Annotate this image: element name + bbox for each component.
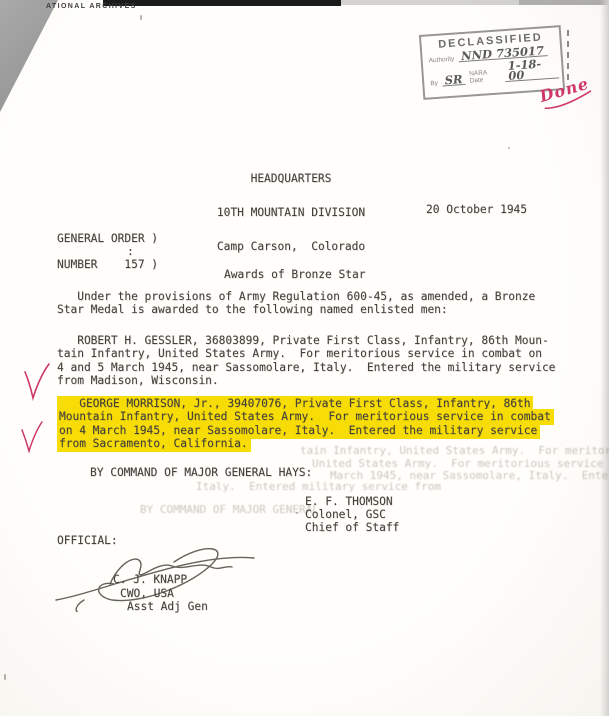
red-checkmark-morrison xyxy=(19,420,45,456)
scan-speckle xyxy=(140,15,142,20)
scan-speckle xyxy=(296,512,298,514)
order-subject: Awards of Bronze Star xyxy=(224,268,365,281)
scanned-document-page: ATIONAL ARCHIVES DECLASSIFIED Authority … xyxy=(0,0,609,716)
letterhead-line1: HEADQUARTERS xyxy=(215,173,367,184)
ghost-text-line: BY COMMAND OF MAJOR GENERAL xyxy=(140,503,319,516)
stamp-nara-label: NARA Date xyxy=(469,68,502,84)
letterhead: HEADQUARTERS 10TH MOUNTAIN DIVISION Camp… xyxy=(215,150,367,275)
red-checkmark-gessler xyxy=(22,362,52,404)
page-right-edge-shadow xyxy=(600,0,609,716)
signer-title: Chief of Staff xyxy=(305,521,399,534)
scan-speckle xyxy=(4,674,6,680)
ghost-text-line: Italy. Entered military service from xyxy=(196,480,441,493)
general-order-colon: : xyxy=(127,245,134,258)
letterhead-line3: Camp Carson, Colorado xyxy=(215,241,367,252)
handwritten-signature xyxy=(52,540,262,612)
stamp-by-value: SR xyxy=(441,74,466,87)
by-command-line: BY COMMAND OF MAJOR GENERAL HAYS: xyxy=(90,466,312,479)
stamp-edge-bracket xyxy=(567,30,569,80)
morrison-paragraph-highlighted: GEORGE MORRISON, Jr., 39407076, Private … xyxy=(57,397,554,451)
stamp-authority-label: Authority xyxy=(428,56,454,65)
gessler-paragraph: ROBERT H. GESSLER, 36803899, Private Fir… xyxy=(57,334,555,388)
ghost-text-line: tain Infantry, United States Army. For m… xyxy=(300,444,609,457)
national-archives-label: ATIONAL ARCHIVES xyxy=(46,3,137,10)
document-date: 20 October 1945 xyxy=(426,203,527,216)
scan-speckle xyxy=(508,147,510,149)
stamp-by-label: By xyxy=(430,80,438,88)
page-corner-fold xyxy=(0,0,120,150)
stamp-nara-date-value: 1-18-00 xyxy=(504,57,559,82)
scanner-edge-bar-grey xyxy=(341,0,519,5)
scanner-edge-bar-right xyxy=(519,0,609,5)
letterhead-line2: 10TH MOUNTAIN DIVISION xyxy=(215,207,367,218)
signer-rank: Colonel, GSC xyxy=(305,508,386,521)
scanner-edge-bar-dark xyxy=(103,0,341,6)
general-order-line1: GENERAL ORDER ) xyxy=(57,232,158,245)
signer-name: E. F. THOMSON xyxy=(305,495,393,508)
intro-paragraph: Under the provisions of Army Regulation … xyxy=(57,290,535,317)
general-order-line2: NUMBER 157 ) xyxy=(57,258,158,271)
